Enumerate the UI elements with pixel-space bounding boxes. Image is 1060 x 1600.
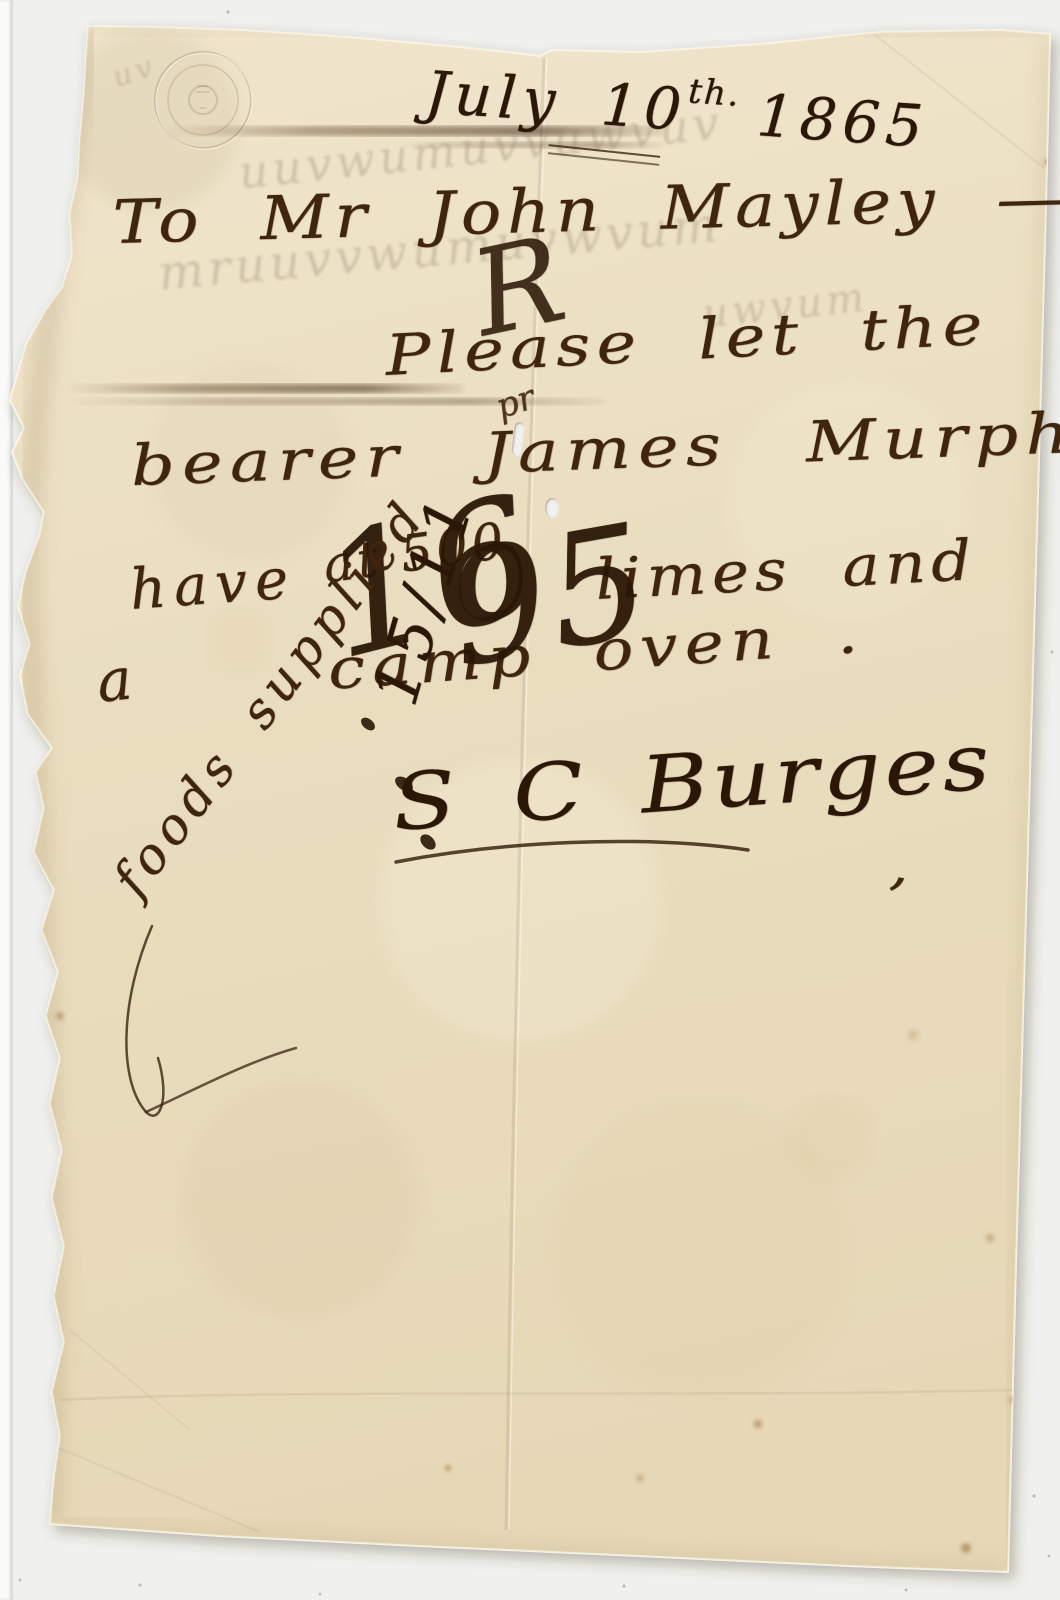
pen-tail-loop: [126, 926, 163, 1116]
ink-blots: [359, 715, 439, 853]
pen-tail-flick: [146, 1048, 296, 1112]
ink-stroke-overlay: [0, 0, 1060, 1600]
scanned-letter-scene: uv uuvwumuvvuwvuv mruuvvwumuvwvum uwvum …: [0, 0, 1060, 1600]
paper-hole: [545, 498, 559, 518]
signature-underline-stroke: [396, 841, 748, 862]
